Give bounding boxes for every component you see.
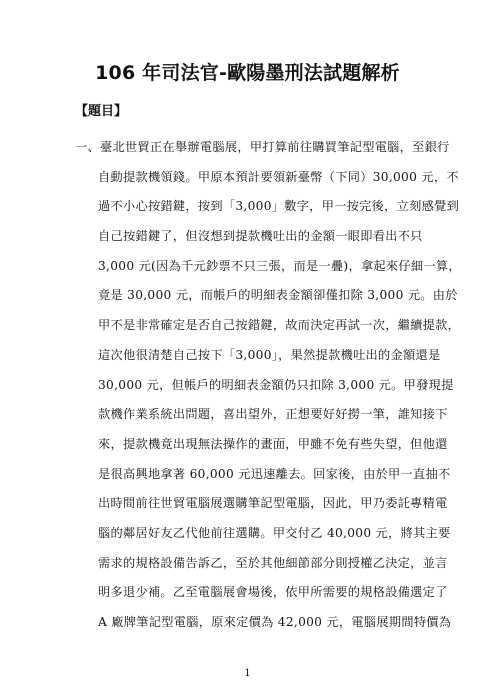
paragraph-line: 是很高興地拿著 60,000 元迅速離去。回家後，由於甲一直抽不 [75, 464, 420, 494]
paragraph-line: 來，提款機竟出現無法操作的畫面，甲雖不免有些失望，但他還 [75, 434, 420, 464]
paragraph-line: 甲不是非常確定是否自己按錯鍵，故而決定再試一次，繼續提款， [75, 315, 420, 345]
paragraph-line: 竟是 30,000 元，而帳戶的明細表金額卻僅扣除 3,000 元。由於 [75, 285, 420, 315]
paragraph-line: 款機作業系統出問題，喜出望外，正想要好好撈一筆，誰知接下 [75, 404, 420, 434]
paragraph-line: 出時間前往世貿電腦展選購筆記型電腦，因此，甲乃委託專精電 [75, 493, 420, 523]
paragraph-line: 過不小心按錯鍵，按到「3,000」數字，甲一按完後，立刻感覺到 [75, 196, 420, 226]
paragraph-line: 一、臺北世貿正在舉辦電腦展，甲打算前往購買筆記型電腦，至銀行 [75, 137, 420, 167]
question-paragraph: 一、臺北世貿正在舉辦電腦展，甲打算前往購買筆記型電腦，至銀行 自動提款機領錢。甲… [75, 137, 420, 642]
paragraph-line: 明多退少補。乙至電腦展會場後，依甲所需要的規格設備選定了 [75, 582, 420, 612]
paragraph-line: A 廠牌筆記型電腦，原來定價為 42,000 元，電腦展期間特價為 [75, 612, 420, 642]
document-title: 106 年司法官-歐陽墨刑法試題解析 [0, 58, 495, 85]
paragraph-line: 30,000 元，但帳戶的明細表金額仍只扣除 3,000 元。甲發現提 [75, 375, 420, 405]
section-heading: 【題目】 [75, 100, 127, 119]
paragraph-line: 這次他很清楚自己按下「3,000」，果然提款機吐出的金額還是 [75, 345, 420, 375]
paragraph-line: 自己按錯鍵了，但沒想到提款機吐出的金額一眼即看出不只 [75, 226, 420, 256]
paragraph-line: 自動提款機領錢。甲原本預計要領新臺幣（下同）30,000 元，不 [75, 167, 420, 197]
paragraph-line: 腦的鄰居好友乙代他前往選購。甲交付乙 40,000 元，將其主要 [75, 523, 420, 553]
paragraph-line: 需求的規格設備告訴乙，至於其他細節部分則授權乙決定，並言 [75, 553, 420, 583]
paragraph-line: 3,000 元(因為千元鈔票不只三張，而是一疊)，拿起來仔細一算， [75, 256, 420, 286]
page-number: 1 [0, 668, 495, 679]
